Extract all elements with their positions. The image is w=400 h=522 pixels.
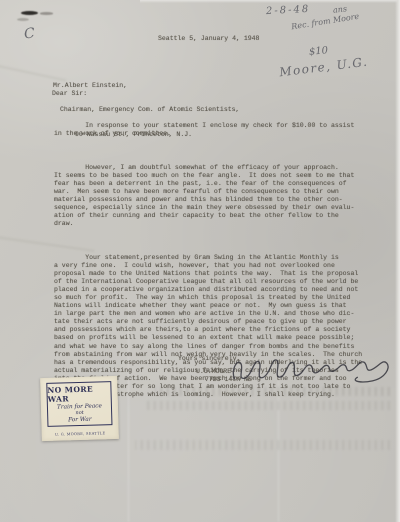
letter-scan: { "document_type": "scanned typewritten … <box>0 0 400 522</box>
ink-smudge <box>40 12 53 15</box>
ink-smudge <box>17 18 29 21</box>
body-paragraph: However, I am doubtful somewhat of the e… <box>54 164 376 229</box>
scan-edge-right <box>395 0 400 522</box>
body-paragraph: In response to your statement I enclose … <box>54 122 376 138</box>
pencil-c-mark: C <box>23 25 35 42</box>
bleedthrough-mark <box>155 387 390 396</box>
bleedthrough-mark <box>145 401 390 410</box>
bleedthrough-mark <box>135 440 390 450</box>
stamp-title: NO MORE WAR <box>47 384 110 404</box>
scan-edge-top <box>140 0 400 3</box>
signature-handwritten-scribble <box>225 345 394 391</box>
stamp-border-box: NO MORE WAR Train for Peace not For War <box>46 381 112 427</box>
stamp-line: For War <box>68 416 92 423</box>
pencil-amount-note: $10 <box>309 45 329 58</box>
no-more-war-stamp: NO MORE WAR Train for Peace not For War … <box>40 376 119 441</box>
stamp-footer: U. G. MOORE, SEATTLE <box>42 431 119 437</box>
pencil-date-note: 2-8-48 <box>266 4 311 17</box>
dateline: Seattle 5, January 4, 1948 <box>158 35 259 43</box>
ink-smudge <box>21 11 38 15</box>
salutation: Dear Sir: <box>52 90 87 98</box>
